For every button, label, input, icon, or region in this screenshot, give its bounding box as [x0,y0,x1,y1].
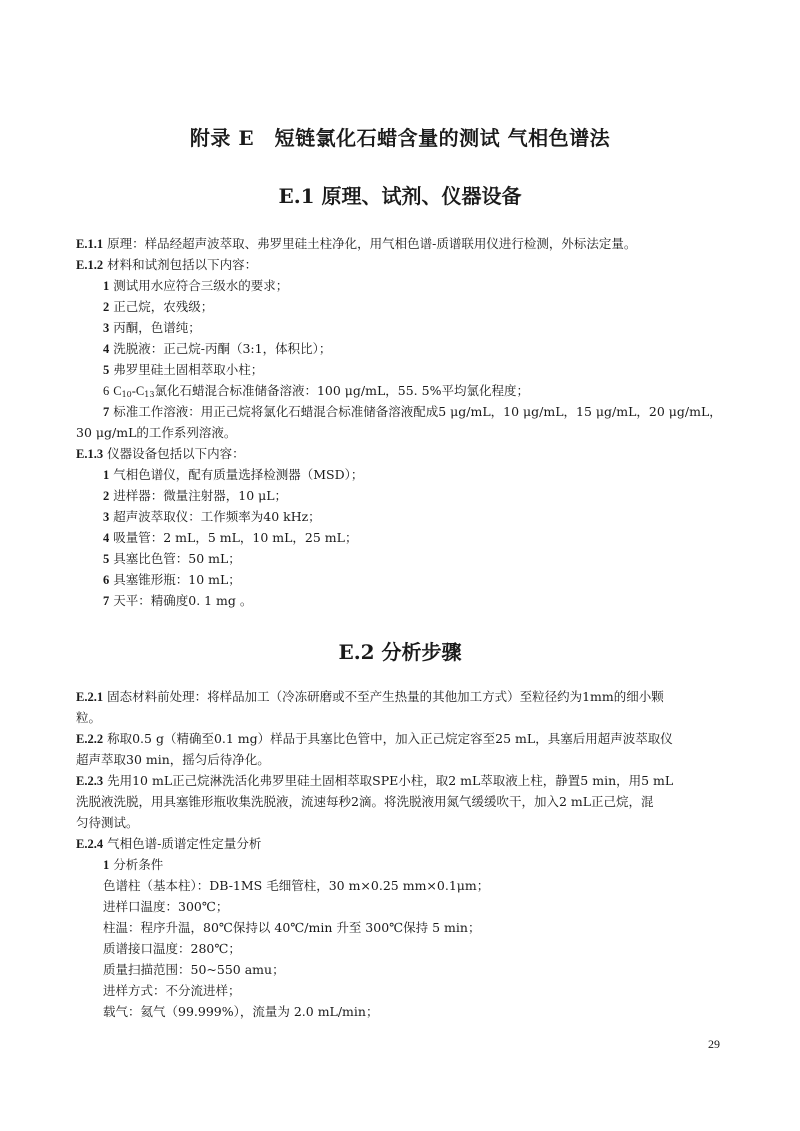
item-text: 测试用水应符合三级水的要求； [113,278,288,293]
list-item: 7 天平：精确度0. 1 mg 。 [103,590,753,612]
clause-continuation: 粒。 [76,707,726,728]
item-number: 5 [103,363,109,377]
item-number: 7 [103,594,109,608]
item-text: 洗脱液：正己烷-丙酮（3:1，体积比）； [113,341,331,356]
formula-subscript: 13 [144,390,154,399]
page-number: 29 [708,1037,720,1052]
section-heading-e2: E.2 分析步骤 [0,636,800,665]
item-number: 4 [103,531,109,545]
sub-heading: 1 分析条件 [103,854,753,876]
list-item: 5 弗罗里硅土固相萃取小柱； [103,359,753,381]
item-number: 6 [103,573,109,587]
clause-text: 固态材料前处理：将样品加工（冷冻研磨或不至产生热量的其他加工方式）至粒径约为1m… [107,689,664,704]
item-number: 1 [103,279,109,293]
clause-continuation: 洗脱液洗脱，用具塞锥形瓶收集洗脱液，流速每秒2滴。将洗脱液用氮气缓缓吹干，加入2… [76,791,726,812]
item-text: 氯化石蜡混合标准储备溶液：100 μg/mL，55. 5%平均氯化程度； [154,383,529,398]
item-text: 分析条件 [113,857,163,872]
list-item: 2 进样器：微量注射器，10 μL； [103,485,753,507]
condition-line: 进样口温度：300℃； [103,896,753,917]
item-text: 进样器：微量注射器，10 μL； [113,488,287,503]
item-number: 3 [103,321,109,335]
item-number: 4 [103,342,109,356]
item-text: 丙酮，色谱纯； [113,320,201,335]
item-number: 7 [103,405,109,419]
item-number: 6 [103,384,109,398]
clause-e113: E.1.3仪器设备包括以下内容： [76,443,726,465]
clause-e112: E.1.2材料和试剂包括以下内容： [76,254,726,276]
formula-c: -C [132,384,145,398]
clause-text: 称取0.5 g（精确至0.1 mg）样品于具塞比色管中，加入正己烷定容至25 m… [107,731,673,746]
clause-e223: E.2.3先用10 mL正己烷淋洗活化弗罗里硅土固相萃取SPE小柱，取2 mL萃… [76,770,726,792]
list-item: 3 超声波萃取仪：工作频率为40 kHz； [103,506,753,528]
clause-id: E.2.3 [76,774,103,788]
list-item: 2 正己烷，农残级； [103,296,753,318]
item-number: 5 [103,552,109,566]
list-item: 4 洗脱液：正己烷-丙酮（3:1，体积比）； [103,338,753,360]
clause-e221: E.2.1固态材料前处理：将样品加工（冷冻研磨或不至产生热量的其他加工方式）至粒… [76,686,726,708]
item-number: 2 [103,489,109,503]
appendix-title: 附录 E 短链氯化石蜡含量的测试 气相色谱法 [0,122,800,151]
document-page: 附录 E 短链氯化石蜡含量的测试 气相色谱法 E.1 原理、试剂、仪器设备 E.… [0,0,800,1131]
item-text: 超声波萃取仪：工作频率为40 kHz； [113,509,320,524]
condition-line: 色谱柱（基本柱）：DB-1MS 毛细管柱，30 m×0.25 mm×0.1μm； [103,875,753,896]
item-number: 1 [103,858,109,872]
list-item: 6 具塞锥形瓶：10 mL； [103,569,753,591]
clause-text: 仪器设备包括以下内容： [107,446,245,461]
clause-continuation: 超声萃取30 min，摇匀后待净化。 [76,749,726,770]
clause-id: E.1.1 [76,237,103,251]
condition-line: 载气：氦气（99.999%），流量为 2.0 mL/min； [103,1001,753,1022]
item-number: 2 [103,300,109,314]
list-item-continuation: 30 μg/mL的工作系列溶液。 [76,422,726,443]
condition-line: 质谱接口温度：280℃； [103,938,753,959]
item-text: 正己烷，农残级； [113,299,213,314]
list-item: 3 丙酮，色谱纯； [103,317,753,339]
list-item: 4 吸量管：2 mL，5 mL，10 mL，25 mL； [103,527,753,549]
clause-e222: E.2.2称取0.5 g（精确至0.1 mg）样品于具塞比色管中，加入正己烷定容… [76,728,726,750]
item-text: 标准工作溶液：用正己烷将氯化石蜡混合标准储备溶液配成5 μg/mL，10 μg/… [113,404,722,419]
item-text: 具塞比色管：50 mL； [113,551,241,566]
condition-line: 柱温：程序升温，80℃保持以 40℃/min 升至 300℃保持 5 min； [103,917,753,938]
clause-id: E.1.3 [76,447,103,461]
clause-id: E.1.2 [76,258,103,272]
clause-text: 材料和试剂包括以下内容： [107,257,257,272]
list-item: 5 具塞比色管：50 mL； [103,548,753,570]
item-text: 弗罗里硅土固相萃取小柱； [113,362,263,377]
clause-continuation: 匀待测试。 [76,812,726,833]
condition-line: 质量扫描范围：50~550 amu； [103,959,753,980]
clause-text: 原理：样品经超声波萃取、弗罗里硅土柱净化，用气相色谱-质谱联用仪进行检测，外标法… [107,236,636,251]
item-number: 1 [103,468,109,482]
clause-text: 气相色谱-质谱定性定量分析 [107,836,261,851]
formula-c: C [113,384,121,398]
list-item: 7 标准工作溶液：用正己烷将氯化石蜡混合标准储备溶液配成5 μg/mL，10 μ… [103,401,753,423]
list-item: 1 测试用水应符合三级水的要求； [103,275,753,297]
item-text: 吸量管：2 mL，5 mL，10 mL，25 mL； [113,530,357,545]
item-text: 气相色谱仪，配有质量选择检测器（MSD）； [113,467,363,482]
formula-subscript: 10 [122,390,132,399]
item-text: 具塞锥形瓶：10 mL； [113,572,241,587]
clause-id: E.2.1 [76,690,103,704]
list-item: 1 气相色谱仪，配有质量选择检测器（MSD）； [103,464,753,486]
clause-id: E.2.2 [76,732,103,746]
item-text: 天平：精确度0. 1 mg 。 [113,593,252,608]
section-heading-e1: E.1 原理、试剂、仪器设备 [0,180,800,209]
clause-text: 先用10 mL正己烷淋洗活化弗罗里硅土固相萃取SPE小柱，取2 mL萃取液上柱，… [107,773,673,788]
condition-line: 进样方式：不分流进样； [103,980,753,1001]
clause-e111: E.1.1原理：样品经超声波萃取、弗罗里硅土柱净化，用气相色谱-质谱联用仪进行检… [76,233,726,255]
clause-id: E.2.4 [76,837,103,851]
item-number: 3 [103,510,109,524]
clause-e224: E.2.4气相色谱-质谱定性定量分析 [76,833,726,855]
